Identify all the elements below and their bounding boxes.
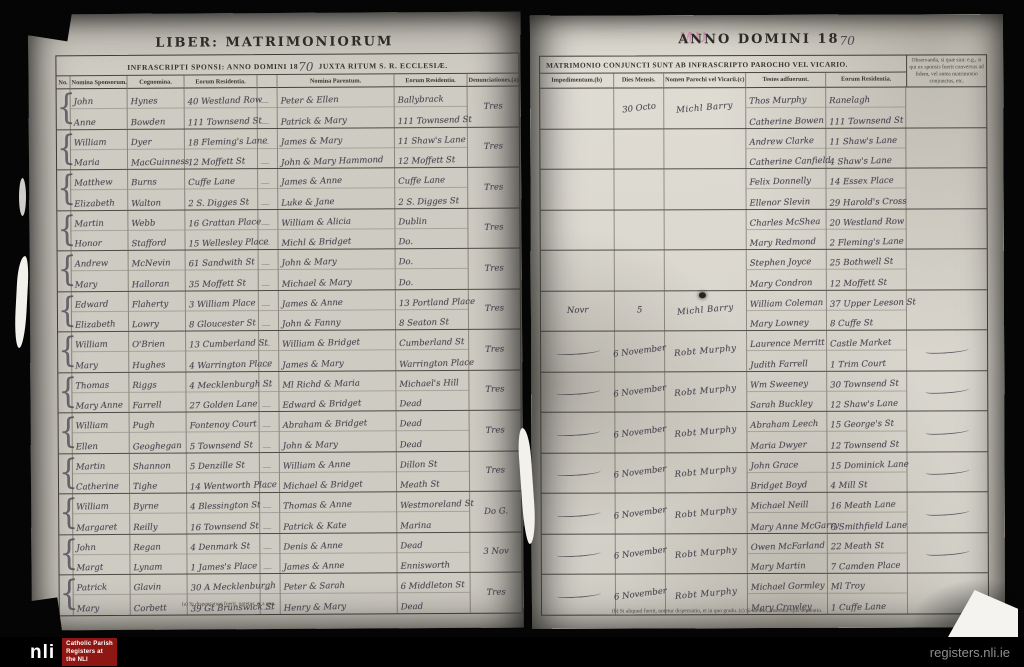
left-cell-name: MartinHonor (71, 210, 128, 250)
handwritten-text: 12 Moffett St (188, 156, 245, 168)
left-col-header-5: Nomina Parentum. (277, 74, 394, 88)
handwritten-text: 15 George's St (830, 419, 894, 431)
handwritten-text: Robt Murphy (674, 384, 737, 400)
row-brace: { (58, 292, 72, 332)
ditto-mark: — (263, 442, 271, 451)
marriage-row-left: {ThomasMary AnneRiggsFarrell4 Mecklenbur… (58, 370, 520, 413)
left-cell-parents: James & AnneJohn & Fanny (279, 290, 396, 330)
right-cell-impedimentum (540, 129, 614, 169)
handwritten-text: Anne (74, 117, 96, 128)
left-cell-parents_residence: 13 Portland Place8 Seaton St (396, 289, 469, 329)
handwritten-text: Owen McFarland (751, 541, 825, 553)
ditto-mark: — (261, 199, 269, 208)
handwritten-text: 22 Meath St (831, 541, 884, 552)
handwritten-text: Do G. (484, 506, 508, 517)
ditto-mark: — (263, 421, 271, 430)
handwritten-text: 3 William Place (189, 298, 256, 310)
left-cell-name: EdwardElizabeth (72, 291, 129, 331)
ink-blot (699, 292, 706, 298)
right-cell-testes: Abraham LeechMaria Dwyer (747, 412, 827, 452)
left-cell-surname: ByrneReilly (130, 494, 187, 534)
handwritten-text: Andrew Clarke (749, 136, 814, 148)
left-cell-residence: 5 Denzille St14 Wentworth Place (187, 453, 260, 493)
right-cell-parochus: Robt Murphy (665, 453, 747, 493)
handwritten-text: Michael & Mary (282, 277, 352, 289)
left-col-header-1: Nomina Sponsorum. (71, 76, 128, 89)
marriage-row-right: Felix DonnellyEllenor Slevin14 Essex Pla… (540, 168, 986, 210)
right-col-header-2: Nomen Parochi vel Vicarii.(c) (664, 73, 746, 88)
right-cell-residentiae: 37 Upper Leeson St8 Cuffe St (827, 290, 907, 330)
handwritten-text: 27 Golden Lane (189, 399, 257, 411)
handwritten-text: Abraham Leech (750, 419, 818, 431)
nli-logo-caption: Catholic ParishRegisters atthe NLI (62, 638, 117, 666)
handwritten-text: Dead (400, 439, 423, 450)
handwritten-dash (556, 428, 600, 436)
left-cell-parents_residence: Dillon StMeath St (397, 451, 470, 491)
handwritten-text: 6 November (613, 383, 667, 400)
left-cell-residence: 4 Blessington St16 Townsend St (187, 493, 260, 533)
handwritten-text: Patrick & Mary (281, 115, 347, 127)
right-cell-residentiae: 16 Meath Lane6 Smithfield Lane (828, 493, 908, 533)
right-cell-impedimentum (541, 332, 615, 372)
left-cell-parents: Abraham & BridgetJohn & Mary (280, 411, 397, 451)
handwritten-text: Matthew (74, 178, 113, 189)
handwritten-text: William (76, 502, 109, 513)
right-cell-residentiae: 25 Bothwell St12 Moffett St (827, 250, 907, 290)
right-col-header-1: Dies Mensis. (614, 73, 664, 88)
right-table-band: MATRIMONIO CONJUNCTI SUNT AB INFRASCRIPT… (540, 56, 906, 74)
site-watermark: registers.nli.ie (930, 645, 1010, 660)
handwritten-text: James & Anne (283, 561, 344, 573)
handwritten-text: Reilly (133, 522, 158, 533)
right-table-rows: 30 OctoMichl BarryThos MurphyCatherine B… (540, 87, 988, 614)
right-cell-dies: 30 Octo (614, 88, 664, 128)
right-cell-observanda (907, 371, 987, 411)
handwritten-text: Burns (131, 178, 157, 189)
left-cell-parents_residence: 11 Shaw's Lane12 Moffett St (395, 127, 468, 167)
left-cell-parents_residence: DeadDead (397, 411, 470, 451)
ditto-mark: — (261, 97, 269, 106)
page-edge-curl (14, 256, 30, 348)
right-cell-testes: Charles McSheaMary Redmond (747, 209, 827, 249)
handwritten-text: Sarah Buckley (750, 399, 813, 411)
handwritten-text: Dead (401, 601, 424, 612)
left-cell-parents: James & MaryJohn & Mary Hammond (278, 128, 395, 168)
handwritten-text: Robt Murphy (674, 343, 737, 359)
handwritten-text: Meath St (400, 480, 440, 491)
ditto-mark: — (262, 320, 270, 329)
left-cell-parents_residence: Do.Do. (396, 249, 469, 289)
right-cell-observanda (907, 249, 987, 289)
right-cell-observanda (907, 209, 987, 249)
ditto-marks: —— (260, 412, 280, 452)
right-cell-parochus (665, 210, 747, 250)
handwritten-text: Novr (567, 306, 589, 317)
handwritten-text: Edward (75, 299, 109, 310)
handwritten-dash (556, 590, 600, 598)
handwritten-text: Andrew (75, 259, 109, 270)
row-brace: { (58, 332, 72, 372)
handwritten-text: Ranelagh (829, 95, 870, 106)
handwritten-text: Michael's Hill (399, 378, 459, 390)
handwritten-text: Thomas (75, 380, 109, 391)
left-cell-residence: 40 Westland Row111 Townsend St (185, 88, 258, 128)
left-cell-parents: Peter & EllenPatrick & Mary (278, 87, 395, 127)
left-footnote: (a) Si dispensatum fuerit, notetur, et a… (182, 601, 276, 608)
row-brace: { (57, 211, 71, 251)
handwritten-text: William & Bridget (282, 338, 360, 350)
ditto-marks: —— (258, 128, 278, 168)
handwritten-text: Martin (74, 218, 104, 229)
handwritten-dash (556, 550, 600, 558)
ditto-marks: —— (258, 169, 278, 209)
left-cell-parents: Ml Richd & MariaEdward & Bridget (279, 371, 396, 411)
handwritten-text: 6 November (613, 343, 667, 360)
handwritten-text: 4 Blessington St (190, 500, 261, 512)
handwritten-text: Charles McShea (750, 217, 821, 229)
left-cell-parents: William & AliciaMichl & Bridget (278, 209, 395, 249)
handwritten-text: 6 November (613, 464, 667, 481)
right-cell-residentiae: Ranelagh111 Townsend St (826, 88, 906, 128)
ditto-mark: — (261, 219, 269, 228)
handwritten-text: 12 Moffett St (830, 277, 887, 289)
left-cell-denunciationes: Tres (469, 330, 520, 370)
handwritten-text: William (75, 340, 108, 351)
handwritten-text: 1 Cuffe Lane (831, 601, 886, 613)
brace-glyph: { (57, 86, 70, 130)
handwritten-text: 4 Mill St (830, 480, 867, 491)
marriage-row-left: {JohnMargtReganLynam4 Denmark St1 James'… (59, 532, 521, 575)
handwritten-text: 14 Essex Place (829, 176, 894, 188)
right-cell-dies (614, 169, 664, 209)
row-brace: { (59, 494, 73, 534)
left-cell-parents_residence: Ballybrack111 Townsend St (395, 87, 468, 127)
right-cell-observanda (908, 533, 988, 573)
left-cell-surname: McNevinHalloran (129, 251, 186, 291)
handwritten-text: John & Fanny (282, 318, 341, 330)
right-cell-impedimentum (540, 170, 614, 210)
ditto-marks: —— (260, 493, 280, 533)
right-cell-impedimentum (541, 251, 615, 291)
handwritten-text: Mary Lowney (750, 318, 809, 330)
handwritten-text: Peter & Sarah (283, 581, 345, 593)
register-scan[interactable]: LIBER: MATRIMONIORUM INFRASCRIPTI SPONSI… (0, 0, 1024, 637)
handwritten-text: 29 Harold's Cross (829, 196, 906, 208)
handwritten-dash (926, 508, 970, 516)
right-cell-testes: Thos MurphyCatherine Bowen (746, 88, 826, 128)
left-cell-parents: Denis & AnneJames & Anne (280, 533, 397, 573)
handwritten-text: Glavin (133, 583, 161, 594)
left-cell-denunciationes: 3 Nov (470, 532, 521, 572)
handwritten-text: Wm Sweeney (750, 379, 808, 391)
left-cell-parents: William & BridgetJames & Mary (279, 330, 396, 370)
viewer-canvas: LIBER: MATRIMONIORUM INFRASCRIPTI SPONSI… (0, 0, 1024, 667)
left-cell-parents: Thomas & AnnePatrick & Kate (280, 492, 397, 532)
left-cell-parents: John & MaryMichael & Mary (279, 249, 396, 289)
handwritten-text: 4 Denmark St (190, 541, 250, 553)
handwritten-text: Pugh (132, 421, 154, 432)
register-page-left: LIBER: MATRIMONIORUM INFRASCRIPTI SPONSI… (28, 12, 524, 631)
right-cell-testes: Owen McFarlandMary Martin (748, 533, 828, 573)
handwritten-text: James & Mary (282, 358, 344, 370)
handwritten-text: Robt Murphy (675, 586, 738, 602)
row-brace: { (58, 251, 72, 291)
ditto-mark: — (262, 259, 270, 268)
right-cell-observanda (907, 452, 987, 492)
handwritten-text: William & Alicia (281, 216, 351, 228)
left-cell-denunciationes: Tres (469, 289, 520, 329)
handwritten-text: John & Mary Hammond (281, 155, 384, 168)
handwritten-text: Hughes (132, 360, 165, 371)
left-cell-denunciationes: Tres (468, 168, 519, 208)
handwritten-text: 16 Grattan Place (188, 217, 261, 229)
right-cell-observanda (906, 168, 986, 208)
right-title-year-handwritten: 70 (840, 34, 855, 48)
marriage-row-right: 6 NovemberRobt MurphyJohn GraceBridget B… (541, 452, 987, 494)
left-cell-surname: ReganLynam (130, 534, 187, 574)
right-cell-impedimentum: Novr (541, 291, 615, 331)
row-brace: { (58, 373, 72, 413)
left-cell-residence: 4 Denmark St1 James's Place (187, 534, 260, 574)
right-cell-observanda (908, 492, 988, 532)
right-cell-parochus: Robt Murphy (666, 534, 748, 574)
handwritten-dash (556, 509, 600, 517)
ditto-mark: — (262, 401, 270, 410)
handwritten-text: McNevin (132, 258, 171, 269)
left-band-prefix: INFRASCRIPTI SPONSI: ANNO DOMINI 18 (127, 62, 298, 72)
handwritten-text: William (74, 137, 107, 148)
handwritten-text: Patrick & Kate (283, 520, 347, 532)
ditto-mark: — (263, 462, 271, 471)
right-cell-residentiae: 20 Westland Row2 Fleming's Lane (827, 209, 907, 249)
handwritten-text: John (76, 543, 96, 554)
right-footnote: (b) Si aliquod fuerit, notetur dispensat… (612, 608, 822, 615)
right-cell-residentiae: Castle Market1 Trim Court (827, 331, 907, 371)
left-cell-parents_residence: Michael's HillDead (396, 370, 469, 410)
handwritten-text: Cuffe Lane (398, 176, 445, 187)
handwritten-text: 37 Upper Leeson St (830, 297, 916, 309)
right-cell-impedimentum (540, 89, 614, 129)
right-col-header-3: Testes adfuerunt. (746, 73, 826, 88)
ditto-marks: —— (261, 574, 281, 614)
right-cell-parochus (664, 169, 746, 209)
handwritten-dash (556, 388, 600, 396)
left-cell-denunciationes: Tres (469, 370, 520, 410)
handwritten-text: Warrington Place (399, 357, 474, 369)
right-cell-residentiae: 14 Essex Place29 Harold's Cross (826, 169, 906, 209)
right-cell-testes: William ColemanMary Lowney (747, 290, 827, 330)
ditto-mark: — (262, 361, 270, 370)
right-cell-impedimentum (542, 494, 616, 534)
left-cell-parents: Peter & SarahHenry & Mary (281, 573, 398, 613)
left-col-header-7: Denunciationes.(a) (467, 74, 518, 87)
right-table: MATRIMONIO CONJUNCTI SUNT AB INFRASCRIPT… (539, 54, 989, 615)
handwritten-text: Bridget Boyd (750, 480, 807, 492)
handwritten-text: Webb (131, 218, 155, 229)
handwritten-text: Ballybrack (398, 95, 444, 106)
handwritten-text: 8 Cuffe St (830, 318, 873, 329)
handwritten-text: Denis & Anne (283, 541, 343, 553)
right-page-title: ANNO DOMINI 1870 (530, 31, 1003, 48)
handwritten-text: Halloran (132, 279, 170, 290)
handwritten-text: Do. (398, 257, 413, 267)
right-column-headers: Impedimentum.(b)Dies Mensis.Nomen Paroch… (540, 73, 906, 89)
handwritten-text: Flaherty (132, 299, 169, 310)
left-col-header-4 (257, 75, 277, 88)
brace-glyph: { (58, 329, 71, 373)
ditto-marks: —— (259, 250, 279, 290)
handwritten-text: 2 Fleming's Lane (830, 237, 904, 249)
ditto-marks: —— (258, 209, 278, 249)
right-title-prefix: ANNO DOMINI 18 (678, 32, 839, 48)
handwritten-text: 111 Townsend St (188, 116, 262, 128)
right-cell-parochus: Robt Murphy (665, 372, 747, 412)
handwritten-text: Tres (486, 466, 505, 477)
right-cell-parochus (665, 250, 747, 290)
right-cell-observanda (907, 330, 987, 370)
right-cell-observanda (906, 128, 986, 168)
ditto-marks: —— (259, 371, 279, 411)
marriage-row-left: {WilliamMaryO'BrienHughes13 Cumberland S… (58, 330, 520, 373)
handwritten-text: Henry & Mary (284, 601, 347, 613)
handwritten-text: 6 Middleton St (400, 580, 464, 592)
right-col-header-0: Impedimentum.(b) (540, 74, 614, 89)
left-cell-parents_residence: Westmoreland StMarina (397, 492, 470, 532)
handwritten-text: 18 Fleming's Lane (188, 136, 268, 148)
handwritten-text: 1 James's Place (190, 561, 257, 573)
left-cell-parents: James & AnneLuke & Jane (278, 168, 395, 208)
ditto-mark: — (263, 563, 271, 572)
brace-glyph: { (59, 532, 72, 576)
right-cell-parochus: Robt Murphy (665, 412, 747, 452)
handwritten-text: Shannon (133, 461, 171, 472)
handwritten-text: Tres (483, 101, 502, 112)
row-brace: { (60, 575, 74, 615)
handwritten-text: Mary (75, 279, 98, 290)
ditto-mark: — (261, 118, 269, 127)
handwritten-text: James & Anne (282, 298, 343, 310)
ditto-mark: — (263, 543, 271, 552)
handwritten-text: Mary Martin (751, 561, 806, 573)
handwritten-text: Catherine Bowen (749, 115, 824, 127)
left-cell-residence: 13 Cumberland St4 Warrington Place (186, 331, 259, 371)
handwritten-text: Michl & Bridget (281, 237, 351, 249)
handwritten-text: Tres (486, 587, 505, 598)
handwritten-text: James & Mary (281, 136, 343, 148)
handwritten-text: 12 Shaw's Lane (830, 399, 898, 411)
handwritten-text: Dyer (131, 137, 152, 148)
handwritten-text: Lynam (133, 562, 162, 573)
handwritten-text: Westmoreland St (400, 499, 474, 511)
register-page-right: MU ANNO DOMINI 1870 MATRIMONIO CONJUNCTI… (530, 14, 1005, 629)
left-cell-name: WilliamMary (72, 332, 129, 372)
right-cell-impedimentum (541, 372, 615, 412)
left-cell-name: AndrewMary (72, 251, 129, 291)
handwritten-text: Margaret (76, 522, 117, 533)
left-cell-parents: William & AnneMichael & Bridget (280, 452, 397, 492)
handwritten-text: 6 Smithfield Lane (831, 520, 908, 532)
handwritten-text: 2 S. Digges St (188, 197, 249, 209)
right-cell-residentiae: 22 Meath St7 Camden Place (828, 533, 908, 573)
ditto-mark: — (261, 239, 269, 248)
handwritten-text: Dead (400, 541, 423, 552)
handwritten-text: Farrell (132, 400, 161, 411)
marriage-row-right: Stephen JoyceMary Condron25 Bothwell St1… (541, 249, 987, 291)
handwritten-text: 6 November (613, 424, 667, 441)
handwritten-text: Mary Anne (75, 400, 123, 411)
handwritten-text: Tres (485, 385, 504, 396)
handwritten-text: Tres (484, 223, 503, 234)
left-cell-name: WilliamMargaret (73, 494, 130, 534)
right-cell-observanda (907, 290, 987, 330)
handwritten-text: Regan (133, 542, 161, 553)
handwritten-text: 20 Westland Row (830, 216, 905, 228)
left-cell-denunciationes: Tres (470, 451, 521, 491)
marriage-row-left: {WilliamMariaDyerMacGuinness18 Fleming's… (57, 127, 519, 170)
handwritten-text: Thomas & Anne (283, 500, 352, 512)
handwritten-text: Maria (74, 158, 100, 169)
handwritten-text: Stephen Joyce (750, 257, 812, 269)
handwritten-dash (925, 386, 969, 394)
brace-glyph: { (58, 248, 71, 292)
handwritten-text: Tres (485, 425, 504, 436)
left-cell-name: WilliamMaria (71, 129, 128, 169)
handwritten-text: 12 Moffett St (398, 155, 455, 167)
handwritten-text: Ml Richd & Maria (282, 378, 360, 390)
handwritten-text: William (75, 421, 108, 432)
handwritten-text: Dead (399, 399, 422, 410)
handwritten-text: Michael Gormley (751, 581, 825, 593)
left-cell-surname: HynesBowden (128, 89, 185, 129)
handwritten-text: Marina (400, 520, 431, 531)
left-table-rows: {JohnAnneHynesBowden40 Westland Row111 T… (57, 87, 522, 615)
left-band-year-handwritten: 70 (298, 60, 313, 74)
handwritten-text: Corbett (134, 603, 167, 614)
handwritten-text: Michael & Bridget (283, 480, 363, 492)
handwritten-text: Patrick (76, 583, 107, 594)
right-cell-impedimentum (541, 210, 615, 250)
marriage-row-left: {WilliamMargaretByrneReilly4 Blessington… (59, 492, 521, 535)
handwritten-dash (925, 346, 969, 354)
marriage-row-right: 6 NovemberRobt MurphyAbraham LeechMaria … (541, 411, 987, 453)
left-cell-parents_residence: DeadEnnisworth (397, 532, 470, 572)
handwritten-dash (925, 467, 969, 475)
marriage-row-right: 6 NovemberRobt MurphyMichael NeillMary A… (542, 492, 988, 534)
handwritten-text: 8 Gloucester St (189, 318, 256, 330)
brace-glyph: { (57, 167, 70, 211)
page-edge-curl-small (19, 178, 26, 216)
handwritten-text: Thos Murphy (749, 95, 807, 107)
right-cell-testes: Stephen JoyceMary Condron (747, 250, 827, 290)
row-brace: { (57, 89, 71, 129)
handwritten-text: 5 Townsend St (190, 440, 254, 452)
marriage-row-right: 30 OctoMichl BarryThos MurphyCatherine B… (540, 87, 986, 129)
handwritten-text: 13 Cumberland St (189, 338, 268, 350)
handwritten-text: Tres (484, 182, 503, 193)
left-cell-surname: PughGeoghegan (130, 413, 187, 453)
handwritten-text: Edward & Bridget (282, 399, 361, 411)
handwritten-text: Luke & Jane (281, 196, 335, 208)
row-brace: { (59, 413, 73, 453)
left-cell-name: JohnAnne (71, 89, 128, 129)
right-cell-dies: 5 (615, 291, 665, 331)
handwritten-dash (556, 469, 600, 477)
handwritten-text: Robt Murphy (675, 505, 738, 521)
marriage-row-left: {WilliamEllenPughGeogheganFontenoy Court… (59, 411, 521, 454)
handwritten-text: 5 Denzille St (190, 460, 245, 472)
left-table: INFRASCRIPTI SPONSI: ANNO DOMINI 1870 JU… (55, 53, 522, 616)
left-cell-parents_residence: Cumberland StWarrington Place (396, 330, 469, 370)
